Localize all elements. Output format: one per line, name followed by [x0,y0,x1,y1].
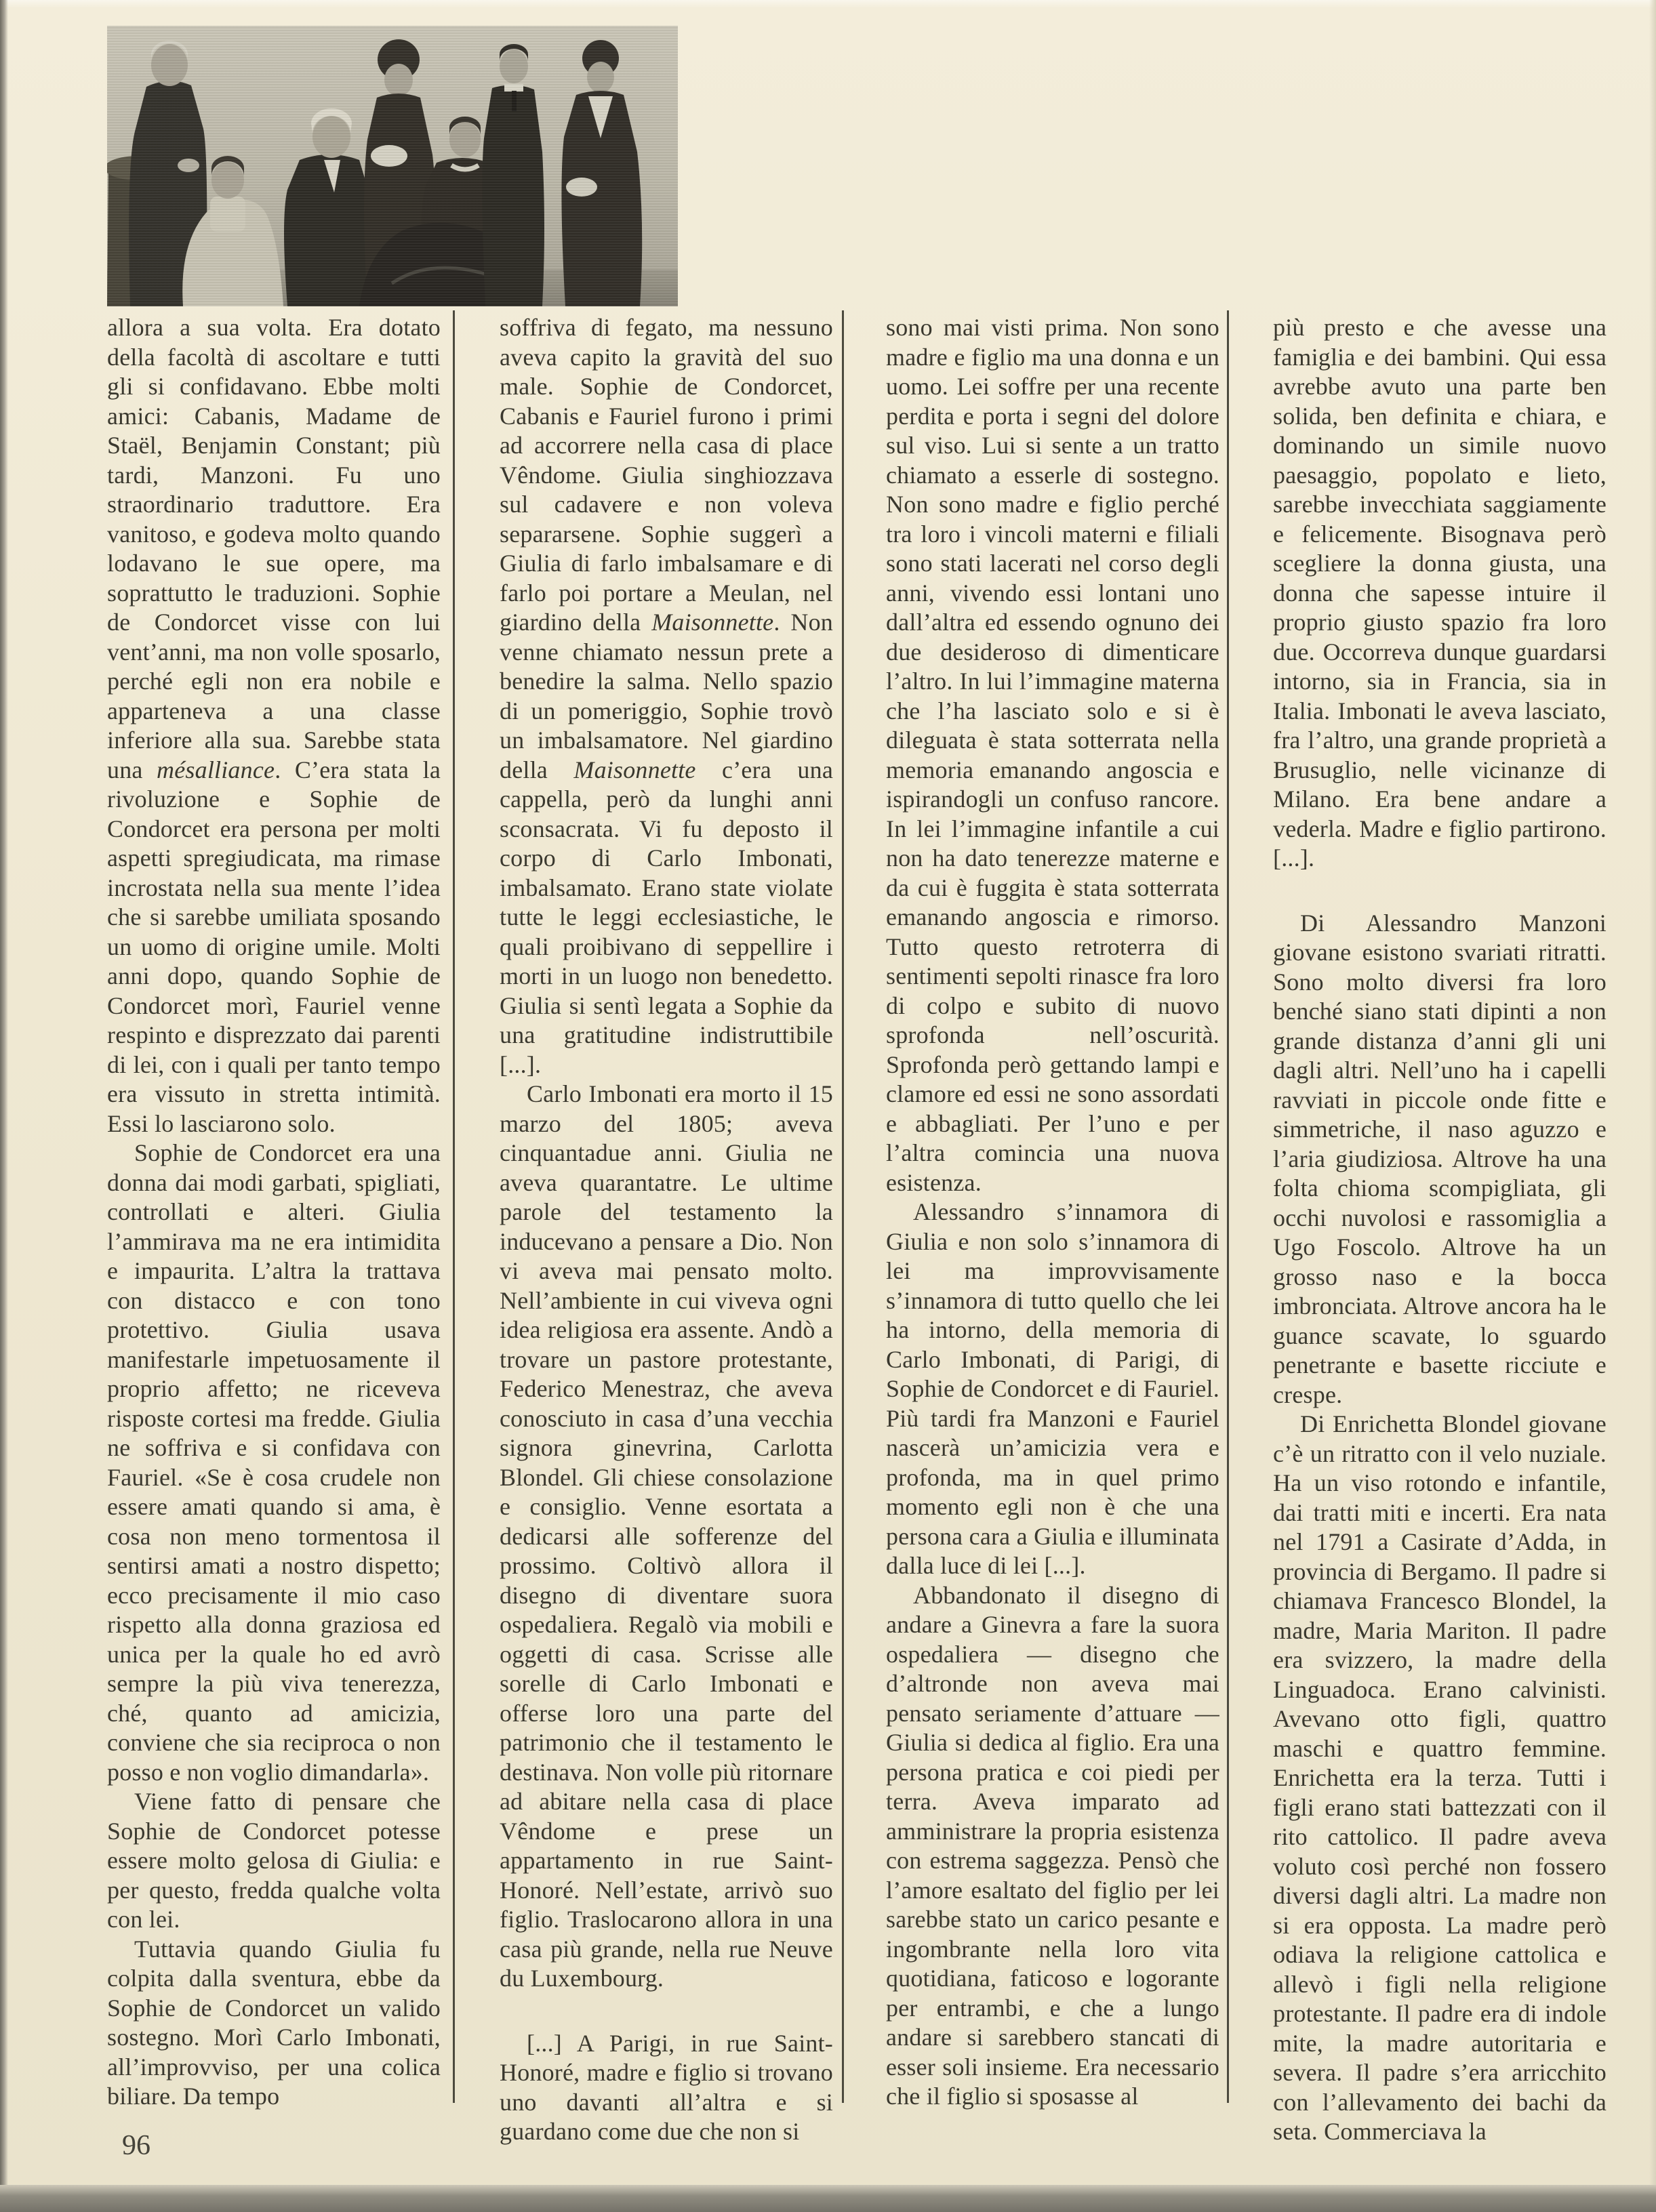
scan-edge-left [0,0,8,2212]
photo-grain-overlay [107,26,678,306]
body-text: Viene fatto di pensare che Sophie de Con… [107,1788,441,1933]
body-text: Sophie de Condorcet era una donna dai mo… [107,1139,441,1786]
scan-edge-right [1649,0,1656,2212]
page-number: 96 [122,2129,150,2162]
paragraph: Alessandro s’innamora di Giulia e non so… [886,1197,1219,1581]
paragraph: Viene fatto di pensare che Sophie de Con… [107,1787,441,1935]
paragraph: allora a sua volta. Era dotato della fac… [107,313,441,1139]
body-text: allora a sua volta. Era dotato della fac… [107,314,441,783]
text-column-1: allora a sua volta. Era dotato della fac… [107,313,441,2158]
column-divider [453,310,455,2103]
body-text: . C’era stata la rivoluzione e Sophie de… [107,756,441,1137]
paragraph: Abbandonato il disegno di andare a Ginev… [886,1581,1219,2112]
text-column-3: sono mai visti prima. Non sono madre e f… [886,313,1219,2158]
italic-text: mésalliance [157,756,275,783]
body-text: c’era una cappella, però da lunghi anni … [500,756,833,1078]
family-portrait-photo [107,26,678,306]
body-text: Carlo Imbonati era morto il 15 marzo del… [500,1080,833,1992]
paragraph: Carlo Imbonati era morto il 15 marzo del… [500,1080,833,1994]
paragraph: Di Alessandro Manzoni giovane esistono s… [1273,909,1607,1410]
paragraph: Tuttavia quando Giulia fu colpita dalla … [107,1935,441,2112]
body-text: [...] A Parigi, in rue Saint-Honoré, mad… [500,2030,833,2146]
text-column-2: soffriva di fegato, ma nessuno aveva cap… [500,313,833,2158]
column-divider [842,310,844,2103]
body-text: Tuttavia quando Giulia fu colpita dalla … [107,1935,441,2110]
body-text: soffriva di fegato, ma nessuno aveva cap… [500,314,833,636]
body-text: sono mai visti prima. Non sono madre e f… [886,314,1219,1196]
body-text: Di Enrichetta Blondel giovane c’è un rit… [1273,1410,1607,2145]
scan-edge-top [0,0,1656,8]
paragraph: [...] A Parigi, in rue Saint-Honoré, mad… [500,2029,833,2147]
paragraph: soffriva di fegato, ma nessuno aveva cap… [500,313,833,1080]
italic-text: Maisonnette [573,756,695,783]
text-column-4: più presto e che avesse una famiglia e d… [1273,313,1607,2158]
paragraph: sono mai visti prima. Non sono madre e f… [886,313,1219,1197]
book-page: { "page": { "number": "96", "language": … [0,0,1656,2212]
italic-text: Maisonnette [651,609,773,636]
scan-edge-bottom [0,2185,1656,2212]
paragraph: più presto e che avesse una famiglia e d… [1273,313,1607,874]
paragraph: Sophie de Condorcet era una donna dai mo… [107,1139,441,1787]
body-text: Alessandro s’innamora di Giulia e non so… [886,1198,1219,1579]
body-text: Abbandonato il disegno di andare a Ginev… [886,1582,1219,2110]
body-text: Di Alessandro Manzoni giovane esistono s… [1273,909,1607,1408]
column-divider [1227,310,1229,2103]
body-text: più presto e che avesse una famiglia e d… [1273,314,1607,872]
paragraph: Di Enrichetta Blondel giovane c’è un rit… [1273,1410,1607,2147]
